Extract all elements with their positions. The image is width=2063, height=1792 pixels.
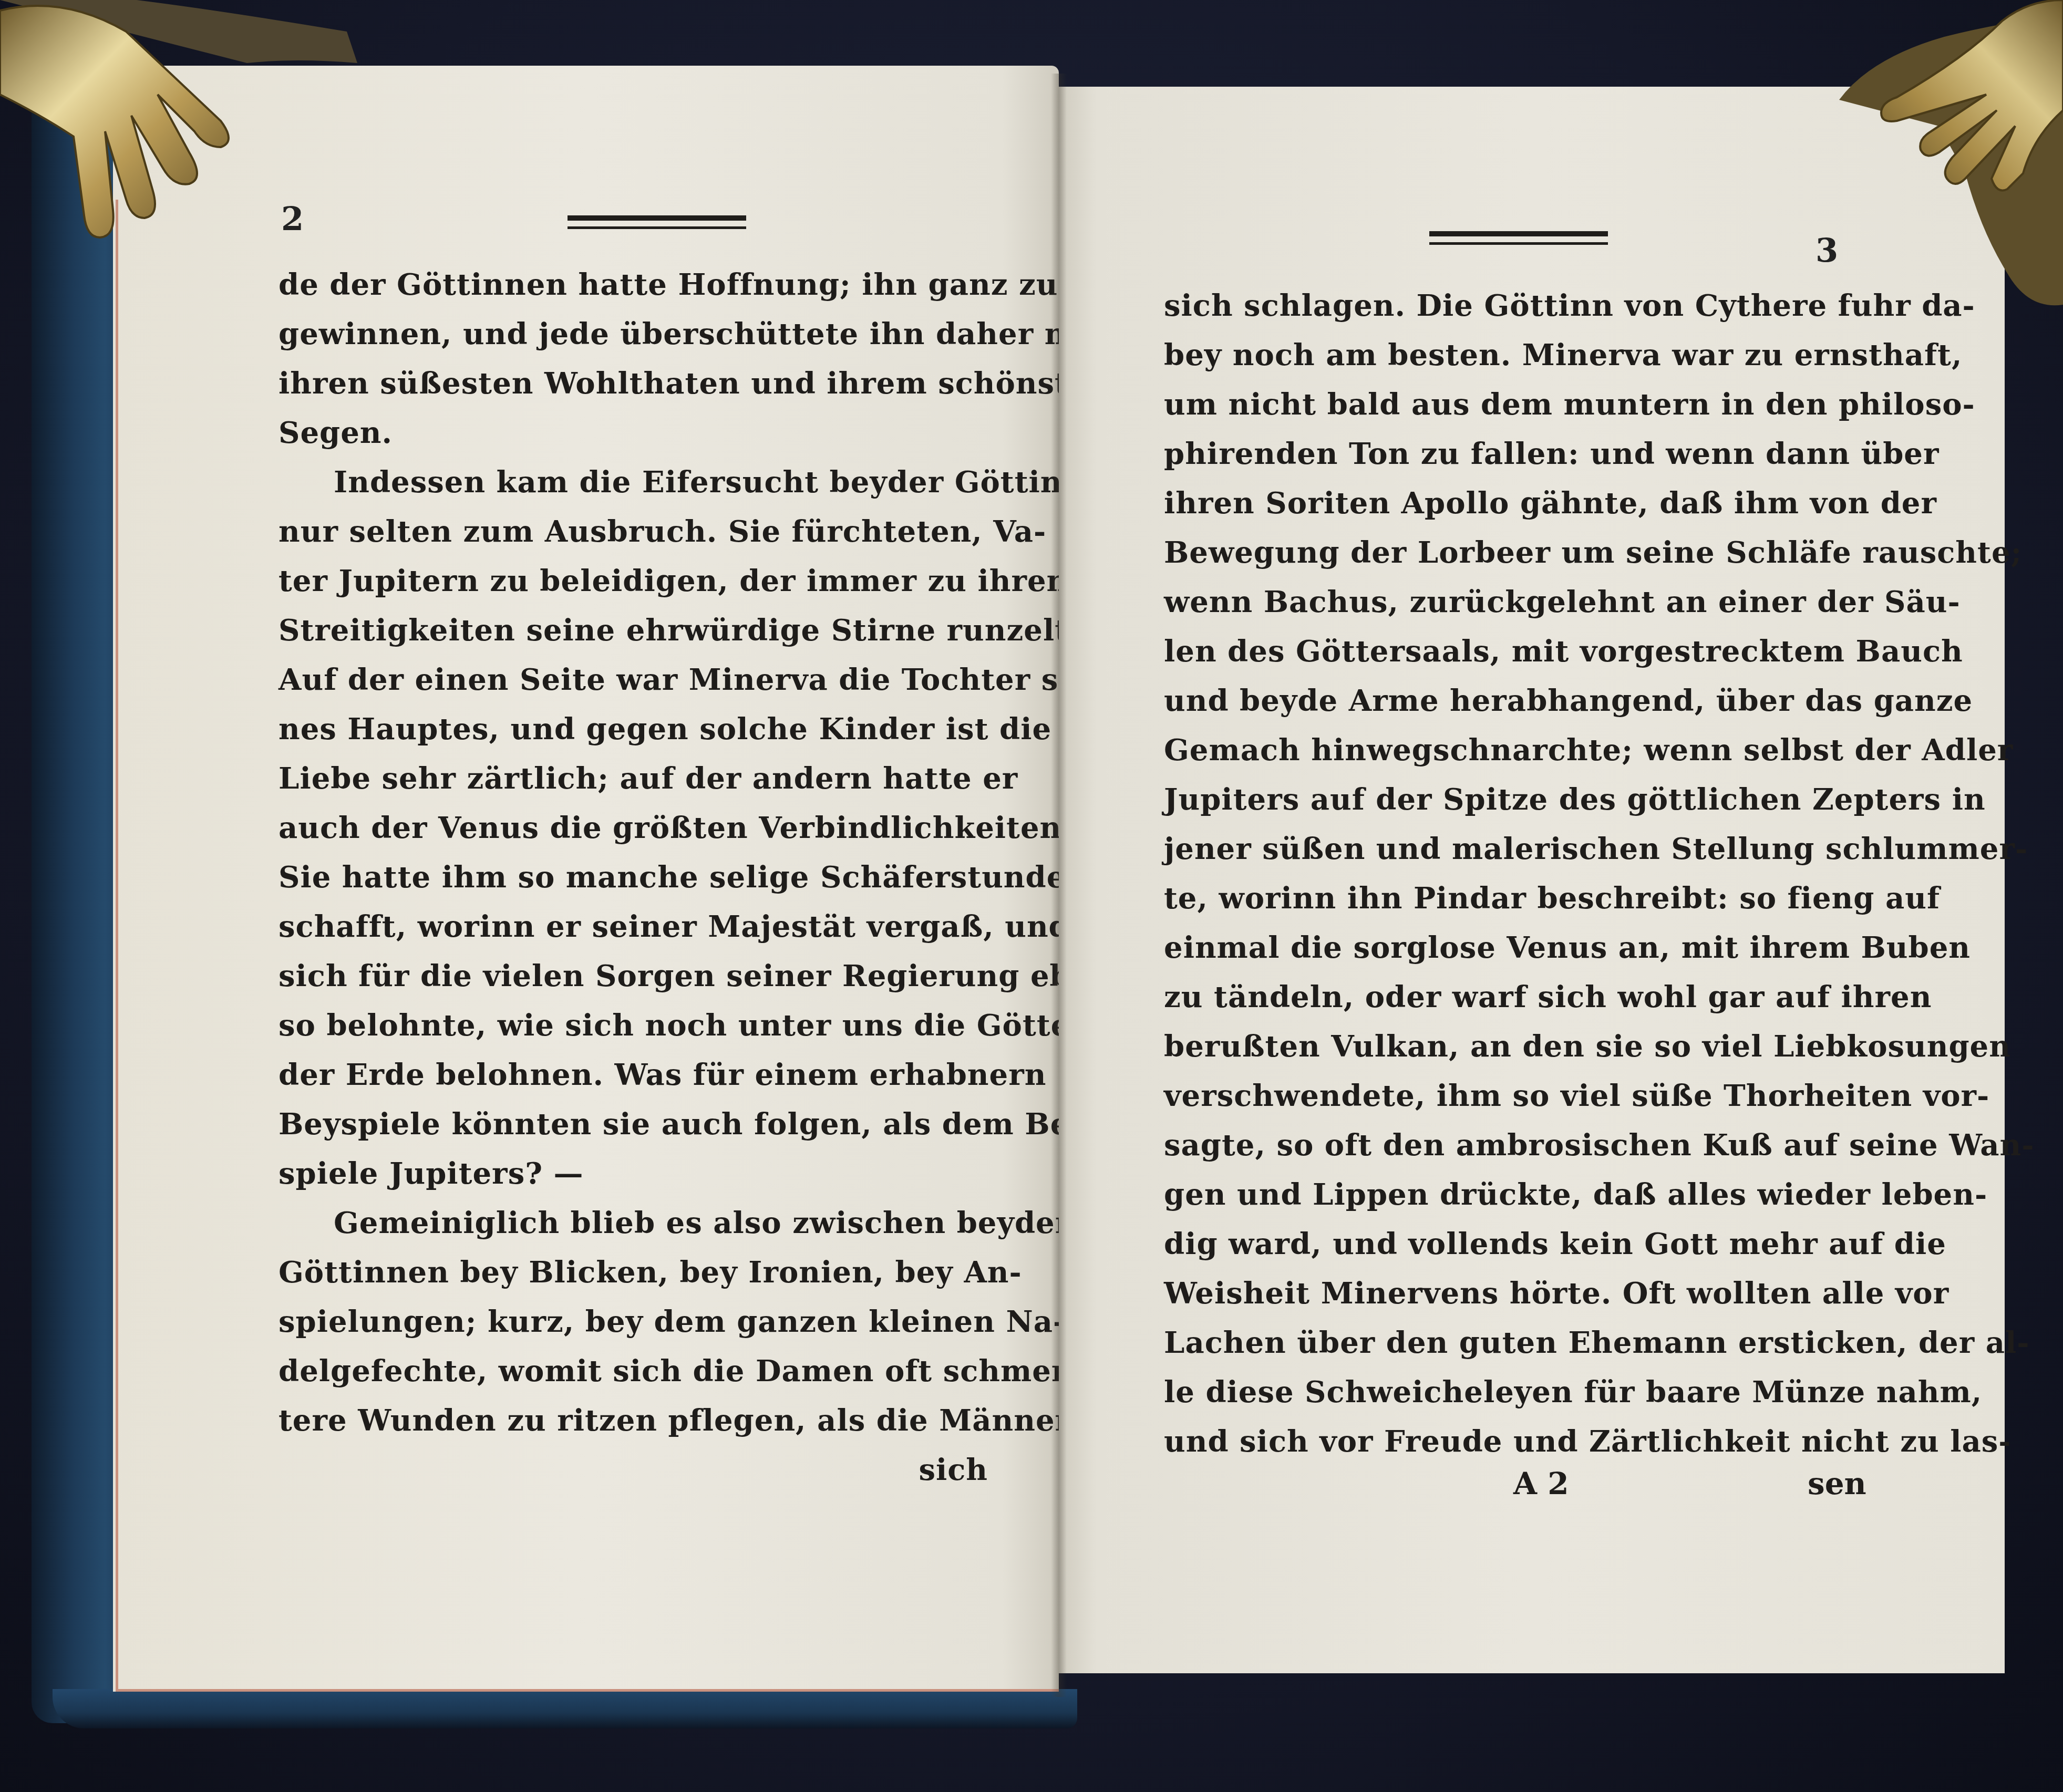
text-line: nes Hauptes, und gegen solche Kinder ist… [278, 705, 988, 754]
text-line: sich für die vielen Sorgen seiner Regier… [278, 951, 988, 1001]
text-line: verschwendete, ihm so viel süße Thorheit… [1164, 1071, 1863, 1121]
text-line: jener süßen und malerischen Stellung sch… [1164, 824, 1863, 874]
text-line: gen und Lippen drückte, daß alles wieder… [1164, 1170, 1863, 1219]
text-line: Jupiters auf der Spitze des göttlichen Z… [1164, 775, 1863, 824]
text-line: Gemach hinwegschnarchte; wenn selbst der… [1164, 726, 1863, 775]
text-line: le diese Schweicheleyen für baare Münze … [1164, 1368, 1863, 1417]
text-line: phirenden Ton zu fallen: und wenn dann ü… [1164, 429, 1863, 479]
book-gutter [1051, 74, 1067, 1697]
paragraph-start-line: Gemeiniglich blieb es also zwischen beyd… [278, 1198, 988, 1248]
text-line: sich schlagen. Die Göttinn von Cythere f… [1164, 281, 1863, 330]
right-page-number: 3 [1816, 231, 1838, 270]
text-line: gewinnen, und jede überschüttete ihn dah… [278, 309, 988, 359]
text-line: te, worinn ihn Pindar beschreibt: so fie… [1164, 874, 1863, 923]
right-page-text: sich schlagen. Die Göttinn von Cythere f… [1164, 281, 1863, 1466]
left-page-text: de der Göttinnen hatte Hoffnung; ihn gan… [278, 260, 988, 1495]
text-line: so belohnte, wie sich noch unter uns die… [278, 1001, 988, 1050]
text-line: sagte, so oft den ambrosischen Kuß auf s… [1164, 1121, 1863, 1170]
text-line: und beyde Arme herabhangend, über das ga… [1164, 676, 1863, 726]
text-line: tere Wunden zu ritzen pflegen, als die M… [278, 1396, 988, 1445]
text-line: ter Jupitern zu beleidigen, der immer zu… [278, 556, 988, 606]
text-line: nur selten zum Ausbruch. Sie fürchteten,… [278, 507, 988, 556]
text-line: Segen. [278, 408, 988, 458]
book-cover-bottom-edge [53, 1689, 1077, 1728]
text-line: auch der Venus die größten Verbindlichke… [278, 803, 988, 853]
text-line: spiele Jupiters? — [278, 1149, 988, 1198]
text-line: ihren Soriten Apollo gähnte, daß ihm von… [1164, 479, 1863, 528]
text-line: len des Göttersaals, mit vorgestrecktem … [1164, 627, 1863, 676]
text-line: Bewegung der Lorbeer um seine Schläfe ra… [1164, 528, 1863, 577]
right-header-double-rule [1429, 231, 1608, 245]
left-page-number: 2 [281, 200, 304, 238]
text-line: Göttinnen bey Blicken, bey Ironien, bey … [278, 1248, 988, 1297]
text-line: Weisheit Minervens hörte. Oft wollten al… [1164, 1269, 1863, 1318]
text-line: delgefechte, womit sich die Damen oft sc… [278, 1346, 988, 1396]
paragraph-start-line: Indessen kam die Eifersucht beyder Götti… [278, 458, 988, 507]
text-line: bey noch am besten. Minerva war zu ernst… [1164, 330, 1863, 380]
text-line: Streitigkeiten seine ehrwürdige Stirne r… [278, 606, 988, 655]
text-line: und sich vor Freude und Zärtlichkeit nic… [1164, 1417, 1863, 1466]
text-line: Beyspiele könnten sie auch folgen, als d… [278, 1100, 988, 1149]
text-line: spielungen; kurz, bey dem ganzen kleinen… [278, 1297, 988, 1346]
text-line: einmal die sorglose Venus an, mit ihrem … [1164, 923, 1863, 972]
text-line: zu tändeln, oder warf sich wohl gar auf … [1164, 972, 1863, 1022]
text-line: um nicht bald aus dem muntern in den phi… [1164, 380, 1863, 429]
text-line: de der Göttinnen hatte Hoffnung; ihn gan… [278, 260, 988, 309]
text-line: berußten Vulkan, an den sie so viel Lieb… [1164, 1022, 1863, 1071]
catchword: sich [278, 1445, 988, 1495]
signature-mark: A 2 [1513, 1466, 1569, 1501]
text-line: schafft, worinn er seiner Majestät verga… [278, 902, 988, 951]
text-line: wenn Bachus, zurückgelehnt an einer der … [1164, 577, 1863, 627]
text-line: dig ward, und vollends kein Gott mehr au… [1164, 1219, 1863, 1269]
catchword: sen [1808, 1466, 1866, 1501]
text-line: ihren süßesten Wohlthaten und ihrem schö… [278, 359, 988, 408]
text-line: Auf der einen Seite war Minerva die Toch… [278, 655, 988, 705]
text-line: Lachen über den guten Ehemann ersticken,… [1164, 1318, 1863, 1368]
text-line: Sie hatte ihm so manche selige Schäferst… [278, 853, 988, 902]
text-line: Liebe sehr zärtlich; auf der andern hatt… [278, 754, 988, 803]
text-line: der Erde belohnen. Was für einem erhabne… [278, 1050, 988, 1100]
left-header-double-rule [568, 215, 746, 229]
